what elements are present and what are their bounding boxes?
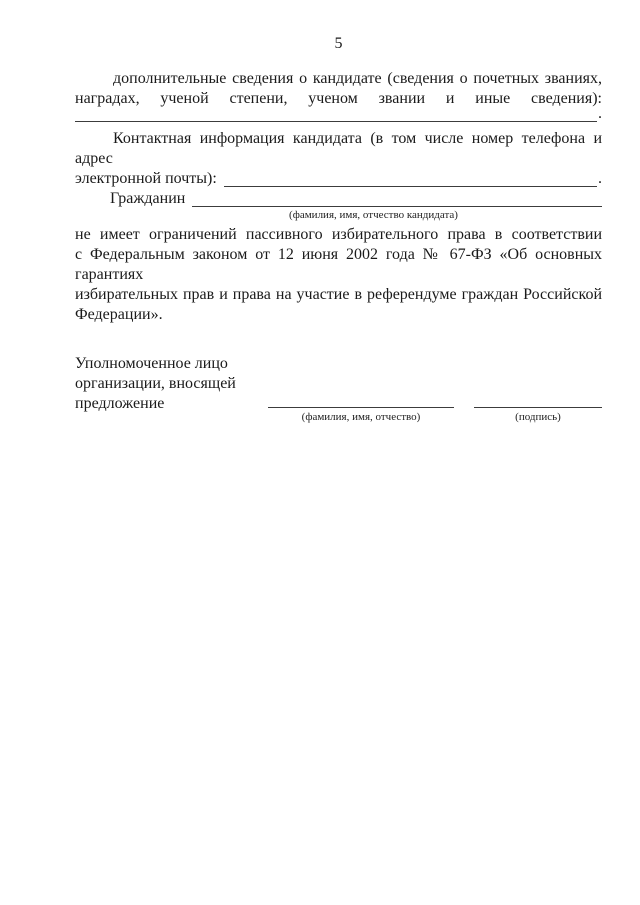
citizen-caption: (фамилия, имя, отчество кандидата) bbox=[75, 209, 602, 222]
sign-caption: (подпись) bbox=[474, 411, 602, 424]
fill-in-line bbox=[75, 121, 597, 122]
contact-blank-row: электронной почты):. bbox=[75, 169, 602, 189]
name-caption: (фамилия, имя, отчество) bbox=[268, 411, 454, 424]
citizen-row: Гражданин bbox=[75, 189, 602, 209]
body-line: с Федеральным законом от 12 июня 2002 го… bbox=[75, 245, 602, 285]
body-line: наградах, ученой степени, ученом звании … bbox=[75, 89, 602, 109]
signature-block: Уполномоченное лицо организации, вносяще… bbox=[75, 354, 602, 424]
signatory-role: Уполномоченное лицо организации, вносяще… bbox=[75, 354, 268, 424]
fill-in-line bbox=[224, 186, 597, 187]
para-law: не имеет ограничений пассивного избирате… bbox=[75, 225, 602, 325]
body-line: не имеет ограничений пассивного избирате… bbox=[75, 225, 602, 245]
citizen-label: Гражданин bbox=[75, 189, 192, 209]
page-number: 5 bbox=[75, 36, 602, 52]
signature-line bbox=[268, 407, 454, 408]
trailing-period: . bbox=[597, 169, 602, 189]
role-line: организации, вносящей bbox=[75, 374, 268, 394]
trailing-period: . bbox=[597, 104, 602, 124]
blank-line-row: . bbox=[75, 109, 602, 124]
para-additional-info: дополнительные сведения о кандидате (све… bbox=[75, 69, 602, 124]
role-line: предложение bbox=[75, 394, 268, 414]
body-line: Федерации». bbox=[75, 305, 602, 325]
signature-fields: (фамилия, имя, отчество) (подпись) bbox=[268, 354, 602, 424]
body-line: дополнительные сведения о кандидате (све… bbox=[75, 69, 602, 89]
body-line: Контактная информация кандидата (в том ч… bbox=[75, 129, 602, 169]
role-line: Уполномоченное лицо bbox=[75, 354, 268, 374]
contact-label: электронной почты): bbox=[75, 169, 224, 189]
signature-line bbox=[474, 407, 602, 408]
signature-field: (подпись) bbox=[474, 354, 602, 424]
citizen-section: Гражданин (фамилия, имя, отчество кандид… bbox=[75, 189, 602, 222]
body-line: избирательных прав и права на участие в … bbox=[75, 285, 602, 305]
document-page: 5 дополнительные сведения о кандидате (с… bbox=[0, 0, 640, 905]
citizen-fill-line bbox=[192, 206, 602, 207]
name-signature-field: (фамилия, имя, отчество) bbox=[268, 354, 454, 424]
para-contact-info: Контактная информация кандидата (в том ч… bbox=[75, 129, 602, 189]
